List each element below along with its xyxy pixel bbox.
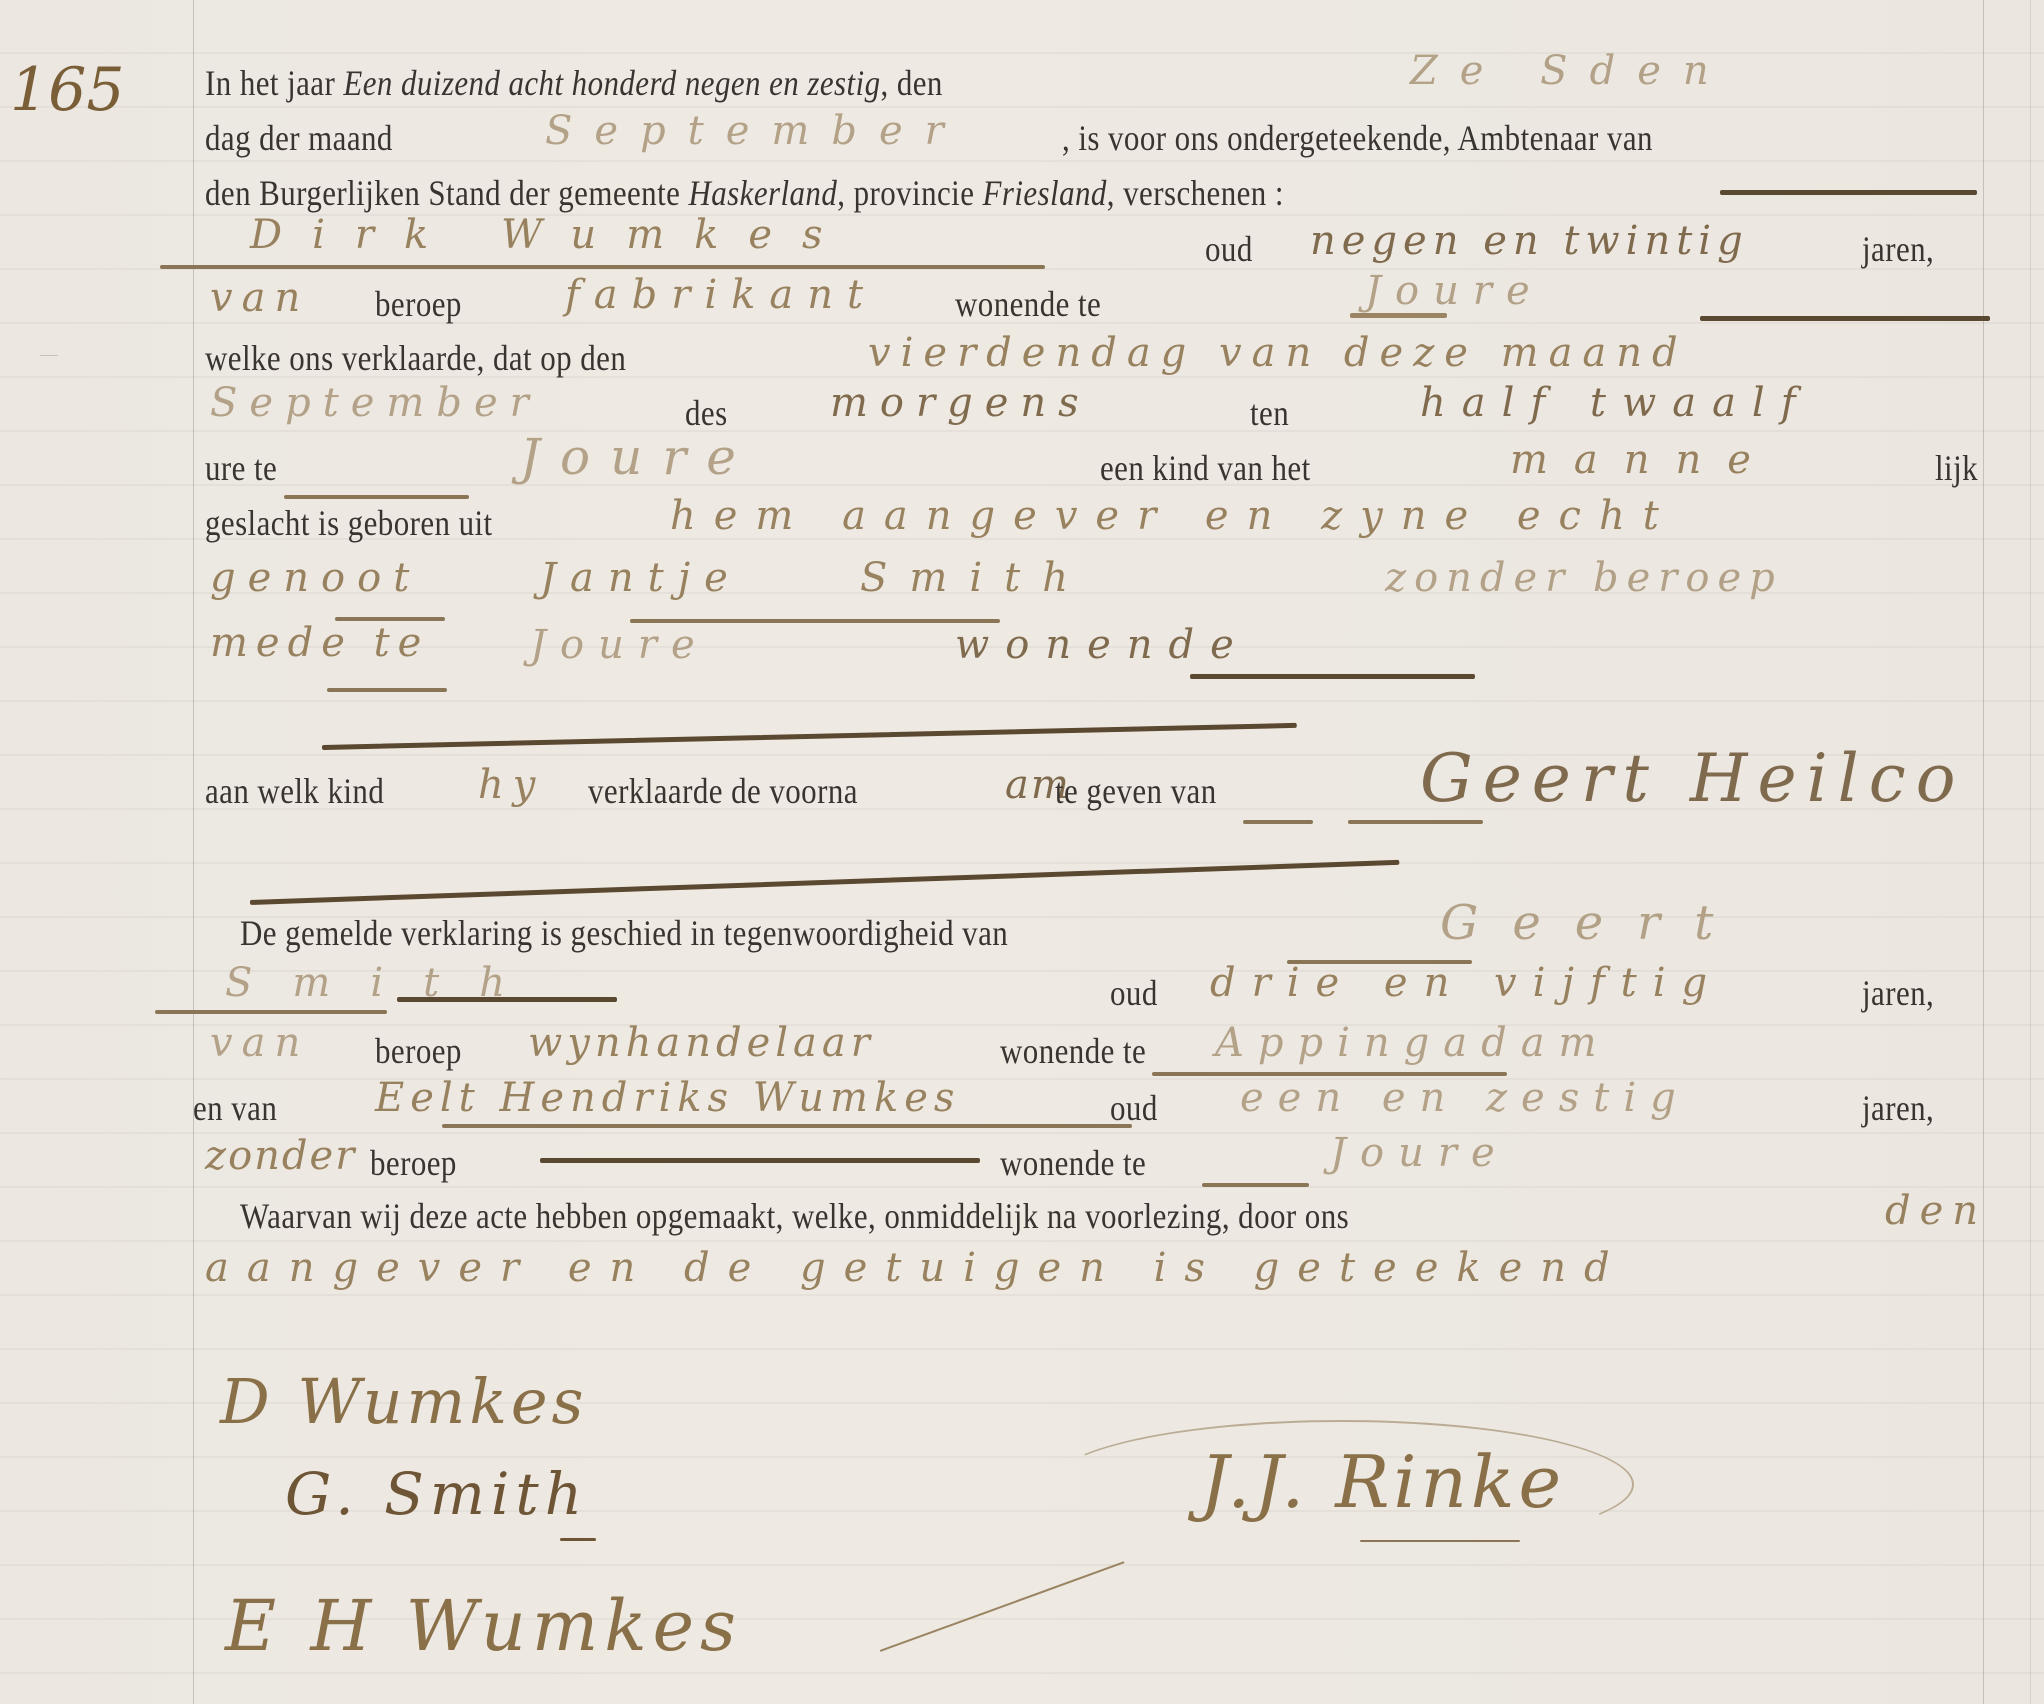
- printed-line-3: den Burgerlijken Stand der gemeente Hask…: [205, 172, 1284, 214]
- handwritten-mother-first: Jantje: [540, 555, 742, 601]
- printed-wonende-te: wonende te: [955, 283, 1101, 325]
- fill-line: [1700, 316, 1990, 321]
- printed-ure-te: ure te: [205, 447, 277, 489]
- margin-mark: [40, 355, 58, 356]
- fill-line: [1243, 820, 1313, 824]
- printed-lijk: lijk: [1935, 447, 1978, 489]
- handwritten-declarant-residence: Joure: [1365, 268, 1544, 314]
- printed-line-1: In het jaar Een duizend acht honderd neg…: [205, 62, 943, 104]
- signature-flourish: [1050, 1420, 1634, 1549]
- signature-declarant: D Wumkes: [220, 1365, 587, 1438]
- printed-te-geven-van: te geven van: [1055, 770, 1217, 812]
- record-number: 165: [10, 55, 125, 125]
- printed-line-13: De gemelde verklaring is geschied in teg…: [240, 912, 1008, 954]
- printed-voorna: verklaarde de voorna: [588, 770, 858, 812]
- fill-line: [1350, 313, 1447, 318]
- handwritten-witness2-age: een en zestig: [1240, 1075, 1690, 1121]
- right-margin-rule: [1983, 0, 1984, 1704]
- fill-line: [155, 1010, 387, 1014]
- printed-line-9: geslacht is geboren uit: [205, 502, 493, 544]
- left-margin-rule: [193, 0, 194, 1704]
- handwritten-month: September: [545, 108, 966, 154]
- printed-oud: oud: [1110, 1087, 1158, 1129]
- fill-line: [1720, 190, 1977, 195]
- printed-beroep: beroep: [375, 283, 462, 325]
- handwritten-birth-place: Joure: [520, 428, 756, 486]
- handwritten-van: van: [210, 275, 309, 321]
- printed-line-2a: dag der maand: [205, 117, 393, 159]
- handwritten-witness1-residence: Appingadam: [1215, 1020, 1611, 1066]
- handwritten-declarant-name: Dirk Wumkes: [250, 212, 853, 258]
- handwritten-declarant-age: negen en twintig: [1310, 218, 1749, 264]
- handwritten-day: Ze Sden: [1410, 48, 1731, 94]
- handwritten-birth-month: September: [210, 380, 541, 426]
- fill-line: [397, 997, 617, 1002]
- fill-line: [284, 495, 469, 499]
- fill-line: [1348, 820, 1483, 824]
- printed-jaren: jaren,: [1862, 228, 1934, 270]
- fill-line-slanted: [322, 723, 1297, 750]
- handwritten-wonende: wonende: [955, 622, 1250, 668]
- handwritten-witness1-first: Geert: [1440, 895, 1747, 951]
- handwritten-witness2-occupation-prefix: zonder: [205, 1133, 356, 1179]
- printed-oud: oud: [1110, 972, 1158, 1014]
- signature-underline: [1360, 1540, 1520, 1542]
- handwritten-mede-te: mede te: [210, 620, 429, 666]
- handwritten-child-names: Geert Heilco: [1420, 740, 1965, 817]
- handwritten-witness1-age: drie en vijftig: [1210, 960, 1723, 1006]
- handwritten-mother-occupation: zonder beroep: [1385, 555, 1783, 601]
- fill-line: [540, 1158, 980, 1163]
- fill-line-slanted: [250, 860, 1399, 905]
- handwritten-birth-day: vierdendag van deze maand: [868, 330, 1688, 376]
- right-edge-rule: [2030, 0, 2031, 1704]
- handwritten-witness1-van: van: [210, 1020, 309, 1066]
- printed-municipality: Haskerland: [688, 173, 837, 213]
- signature-stroke: [880, 1561, 1125, 1652]
- handwritten-residence: Joure: [530, 622, 709, 668]
- handwritten-witness2-residence: Joure: [1330, 1130, 1509, 1176]
- fill-line: [327, 688, 447, 692]
- handwritten-sex: manne: [1510, 437, 1777, 483]
- fill-line: [1190, 674, 1475, 679]
- printed-oud: oud: [1205, 228, 1253, 270]
- printed-text: In het jaar: [205, 63, 335, 103]
- printed-en-van: en van: [193, 1087, 277, 1129]
- handwritten-time-of-day: morgens: [830, 380, 1091, 426]
- fill-line: [442, 1124, 1132, 1128]
- printed-year: Een duizend acht honderd negen en zestig: [343, 63, 880, 103]
- printed-ten: ten: [1250, 392, 1289, 434]
- handwritten-mother-last: Smith: [860, 555, 1090, 601]
- printed-province: Friesland: [983, 173, 1107, 213]
- signature-witness-2: E H Wumkes: [225, 1585, 742, 1667]
- printed-text: den Burgerlijken Stand der gemeente: [205, 173, 680, 213]
- printed-line-18: Waarvan wij deze acte hebben opgemaakt, …: [240, 1195, 1349, 1237]
- handwritten-witness1-occupation: wynhandelaar: [528, 1020, 875, 1066]
- handwritten-parents-line1: hem aangever en zyne echt: [670, 493, 1677, 539]
- handwritten-pronoun: hy: [478, 762, 544, 808]
- handwritten-den: den: [1885, 1188, 1987, 1234]
- printed-beroep: beroep: [370, 1142, 457, 1184]
- printed-line-2b: , is voor ons ondergeteekende, Ambtenaar…: [1062, 117, 1653, 159]
- handwritten-genoot: genoot: [210, 555, 421, 601]
- printed-jaren: jaren,: [1862, 972, 1934, 1014]
- handwritten-hour: half twaalf: [1420, 380, 1812, 426]
- fill-line: [160, 265, 1045, 269]
- handwritten-witness2-name: Eelt Hendriks Wumkes: [375, 1075, 960, 1121]
- printed-text: , den: [880, 63, 942, 103]
- printed-text: , verschenen :: [1107, 173, 1284, 213]
- document-page: 165 In het jaar Een duizend acht honderd…: [0, 0, 2044, 1704]
- printed-text: , provincie: [837, 173, 974, 213]
- signature-underline: [560, 1538, 596, 1541]
- printed-kind-van-het: een kind van het: [1100, 447, 1311, 489]
- handwritten-closing-line: aangever en de getuigen is geteekend: [205, 1245, 1628, 1291]
- printed-jaren: jaren,: [1862, 1087, 1934, 1129]
- fill-line: [1202, 1183, 1309, 1187]
- printed-beroep: beroep: [375, 1030, 462, 1072]
- signature-witness-1: G. Smith: [285, 1460, 588, 1528]
- handwritten-declarant-occupation: fabrikant: [565, 272, 877, 318]
- printed-aan-welk-kind: aan welk kind: [205, 770, 384, 812]
- printed-wonende-te: wonende te: [1000, 1030, 1146, 1072]
- printed-line-6: welke ons verklaarde, dat op den: [205, 337, 626, 379]
- printed-wonende-te: wonende te: [1000, 1142, 1146, 1184]
